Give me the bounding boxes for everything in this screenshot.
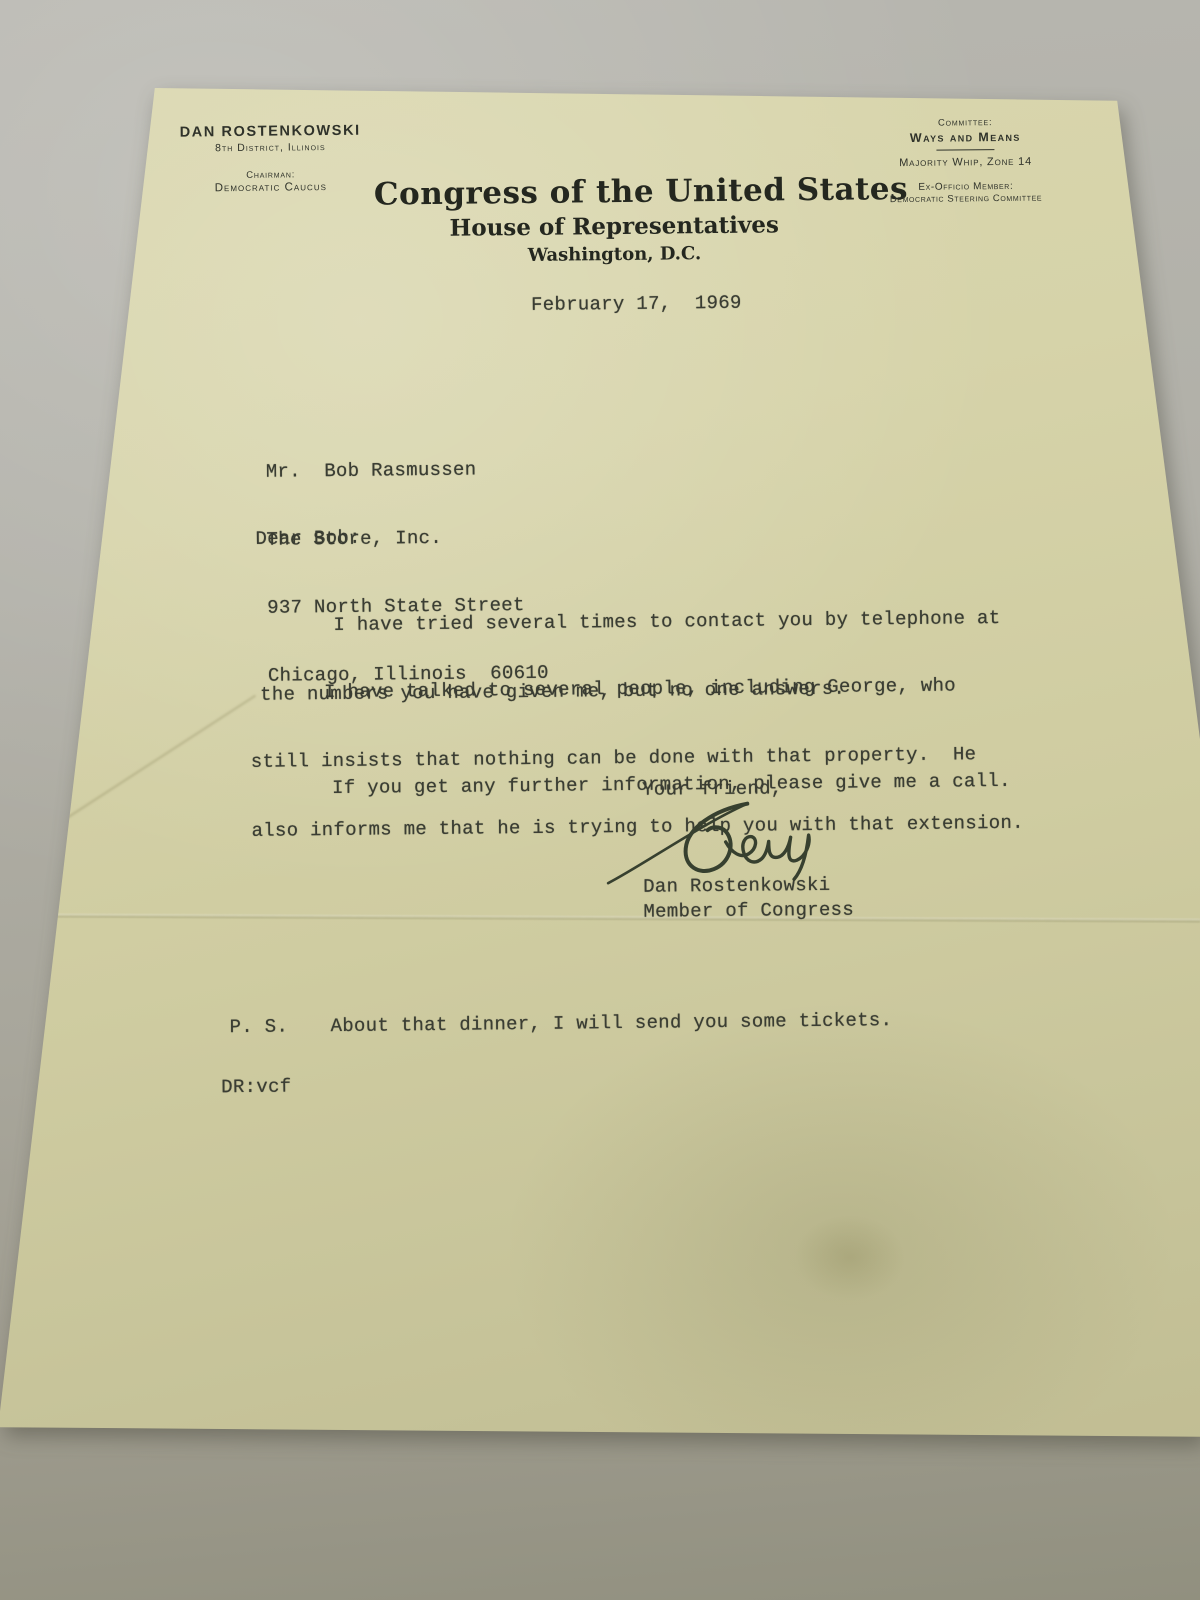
postscript-label: P. S.: [229, 1016, 288, 1039]
recipient-name: Mr. Bob Rasmussen: [266, 457, 547, 484]
member-name: DAN ROSTENKOWSKI: [146, 122, 394, 141]
committee-name: Ways and Means: [841, 129, 1089, 146]
washington-line: Washington, D.C.: [374, 242, 854, 268]
postscript-text: About that dinner, I will send you some …: [330, 1009, 892, 1037]
letterhead-center-block: Congress of the United States House of R…: [374, 172, 855, 268]
letter-content: DAN ROSTENKOWSKI 8th District, Illinois …: [0, 0, 1200, 1600]
congress-title: Congress of the United States: [374, 172, 854, 213]
house-subtitle: House of Representatives: [374, 211, 854, 243]
photo-of-letter: DAN ROSTENKOWSKI 8th District, Illinois …: [0, 0, 1200, 1600]
paper-shadow-wrap: DAN ROSTENKOWSKI 8th District, Illinois …: [0, 0, 1200, 1600]
letterhead-right-block: Committee: Ways and Means Majority Whip,…: [841, 116, 1090, 206]
letter-line: I have talked to several people, includi…: [324, 673, 1023, 705]
salutation: Dear Bob:: [255, 527, 361, 550]
committee-rule: [936, 149, 994, 151]
letter-paper: DAN ROSTENKOWSKI 8th District, Illinois …: [0, 0, 1200, 1600]
committee-label: Committee:: [841, 116, 1089, 130]
member-district: 8th District, Illinois: [146, 140, 394, 155]
ex-officio-body: Democratic Steering Committee: [842, 192, 1090, 206]
reference-initials: DR:vcf: [221, 1075, 291, 1098]
majority-whip-line: Majority Whip, Zone 14: [842, 155, 1090, 170]
letter-date: February 17, 1969: [531, 292, 742, 316]
signer-title: Member of Congress: [643, 899, 854, 923]
signer-name: Dan Rostenkowski: [643, 874, 830, 898]
letterhead-left-block: DAN ROSTENKOWSKI 8th District, Illinois …: [146, 122, 395, 195]
chairman-body: Democratic Caucus: [147, 180, 395, 195]
